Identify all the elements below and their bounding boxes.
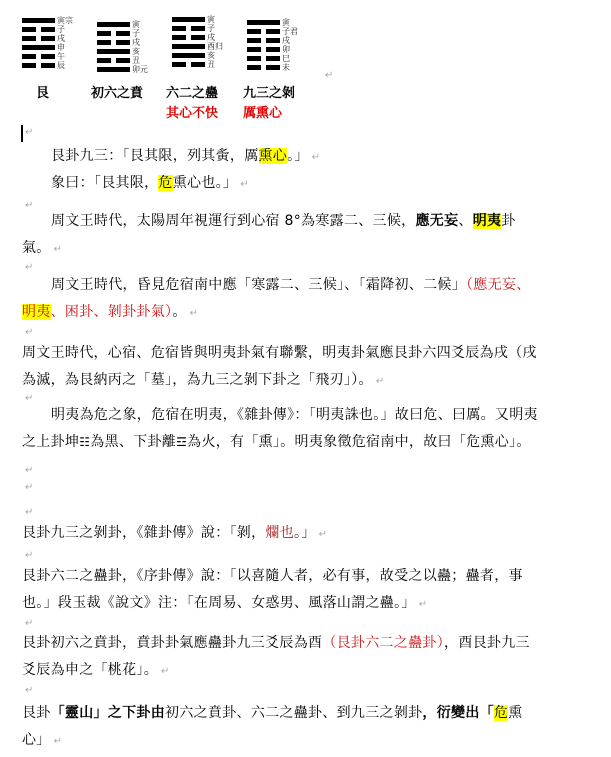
yin-line xyxy=(247,56,280,61)
paragraph-xiang[interactable]: 象曰：「艮其限，危熏心也。」↵ xyxy=(22,170,542,198)
paragraph-mark: ↵ xyxy=(25,482,33,493)
paragraph-zhou-2[interactable]: 周文王時代，昏見危宿南中應「寒露二、三候」、「霜降初、二候」（應无妄、明夷、困卦… xyxy=(22,272,542,327)
yin-line xyxy=(247,65,280,70)
branch-label: 子君 xyxy=(282,28,298,36)
hexagram-note: 厲熏心 xyxy=(243,102,282,121)
branch-label: 戌 xyxy=(207,34,215,42)
yang-line xyxy=(97,49,130,54)
yang-line xyxy=(22,45,55,50)
paragraph-zhou-3[interactable]: 周文王時代，心宿、危宿皆與明夷卦氣有聯繫，明夷卦氣應艮卦六四爻辰為戌（戌為滅，為… xyxy=(22,340,542,395)
red-text: （應无妄、 xyxy=(466,277,531,293)
branch-label: 戌 xyxy=(132,39,140,47)
yin-line xyxy=(172,26,205,31)
hexagram-name: 九三之剝 xyxy=(243,82,295,101)
branch-label: 未 xyxy=(282,64,290,72)
yang-line xyxy=(172,17,205,22)
highlighted-red-text: 明夷 xyxy=(22,304,51,320)
paragraph-mark: ↵ xyxy=(25,550,33,561)
hexagram-name: 初六之賁 xyxy=(91,82,143,101)
hexagram-note: 其心不快 xyxy=(166,102,218,121)
paragraph-mark: ↵ xyxy=(240,179,249,190)
text-run: 。」 xyxy=(287,148,309,164)
paragraph-lingshan[interactable]: 艮卦「靈山」之下卦由初六之賁卦、六二之蠱卦、到九三之剝卦，衍變出「危熏心」↵ xyxy=(22,700,542,755)
branch-label: 子 xyxy=(57,26,65,34)
li-trigram-icon: ☲ xyxy=(176,435,187,449)
text-run: 為黑、下卦離 xyxy=(90,434,176,450)
paragraph-gen-93[interactable]: 艮卦九三：「艮其限，列其夤，厲熏心。」↵ xyxy=(22,143,542,171)
bold-text: 應无妄 xyxy=(415,213,458,229)
branch-label: 卯 xyxy=(282,46,290,54)
paragraph-mark: ↵ xyxy=(419,599,428,610)
text-cursor xyxy=(21,125,23,142)
bold-text: ，衍變出「 xyxy=(422,705,494,721)
branch-label: 子 xyxy=(207,25,215,33)
branch-label: 寅 xyxy=(207,16,215,24)
paragraph-mark: ↵ xyxy=(25,685,33,696)
branch-label: 戌 xyxy=(57,35,65,43)
paragraph-mark: ↵ xyxy=(25,618,33,629)
yin-line xyxy=(22,36,55,41)
yang-line xyxy=(97,67,130,72)
text-run: 周文王時代，心宿、危宿皆與明夷卦氣有聯繫，明夷卦氣應艮卦六四爻辰為戌（戌為滅，為… xyxy=(22,345,537,388)
yin-line xyxy=(97,58,130,63)
text-run: 艮卦初六之賁卦，賁卦卦氣應蠱卦九三爻辰為酉 xyxy=(22,635,322,651)
branch-label: 卯元 xyxy=(132,66,148,74)
paragraph-gu[interactable]: 艮卦六二之蠱卦，《序卦傳》說：「以喜隨人者，必有事，故受之以蠱；蠱者，事也。」段… xyxy=(22,563,542,618)
yin-line xyxy=(22,54,55,59)
paragraph-mark: ↵ xyxy=(25,327,33,338)
branch-label: 寅宗 xyxy=(57,17,73,25)
highlighted-bold-text: 明夷 xyxy=(473,213,502,229)
red-text: （艮卦六二之蠱卦） xyxy=(322,635,444,651)
paragraph-mark: ↵ xyxy=(190,308,199,319)
red-text: 爛也 xyxy=(265,525,294,541)
yin-line xyxy=(97,40,130,45)
branch-label: 酉归 xyxy=(207,43,223,51)
text-run: 周文王時代，昏見危宿南中應「寒露二、三候」、「霜降初、二候」 xyxy=(51,277,466,293)
branch-label: 午 xyxy=(57,53,65,61)
paragraph-zhou-1[interactable]: 周文王時代，太陽周年視運行到心宿 8°為寒露二、三候，應无妄、明夷卦氣。↵ xyxy=(22,208,542,263)
text-run: 熏心也。」 xyxy=(173,175,238,191)
yin-line xyxy=(247,47,280,52)
paragraph-mark: ↵ xyxy=(376,376,385,387)
branch-label: 巳 xyxy=(282,55,290,63)
text-run: 艮卦 xyxy=(22,705,51,721)
highlighted-text: 危 xyxy=(158,175,172,191)
yang-line xyxy=(172,53,205,58)
highlighted-text: 熏心 xyxy=(259,148,288,164)
text-run: 周文王時代，太陽周年視運行到心宿 8°為寒露二、三候， xyxy=(51,213,415,229)
branch-label: 戌 xyxy=(282,37,290,45)
branch-label: 亥 xyxy=(132,48,140,56)
text-run: 艮卦九三：「艮其限，列其夤，厲 xyxy=(51,148,259,164)
kun-trigram-icon: ☷ xyxy=(79,435,90,449)
branch-label: 寅 xyxy=(132,21,140,29)
highlighted-text: 危 xyxy=(494,705,508,721)
paragraph-mark: ↵ xyxy=(25,465,34,476)
yin-line xyxy=(97,31,130,36)
branch-label: 丑 xyxy=(132,57,140,65)
paragraph-mark: ↵ xyxy=(319,529,328,540)
yang-line xyxy=(247,20,280,25)
text-run: 為火，有「熏」。明夷象徵危宿南中，故曰「危熏心」。 xyxy=(187,434,531,450)
yin-line xyxy=(172,62,205,67)
paragraph-bi[interactable]: 艮卦初六之賁卦，賁卦卦氣應蠱卦九三爻辰為酉（艮卦六二之蠱卦），酉艮卦九三爻辰為申… xyxy=(22,630,542,685)
yin-line xyxy=(247,38,280,43)
hexagram-row: 寅宗 子 戌 申 午 辰 艮 寅 子 戌 亥 丑 卯元 初六之賁 xyxy=(22,18,322,118)
paragraph-mark: ↵ xyxy=(325,70,333,81)
paragraph-mingyi[interactable]: 明夷為危之象，危宿在明夷，《雜卦傳》：「明夷誅也。」故曰危、曰厲。又明夷之上卦坤… xyxy=(22,402,542,484)
yin-line xyxy=(22,63,55,68)
text-run: 象曰：「艮其限， xyxy=(51,175,158,191)
branch-label: 亥 xyxy=(207,52,215,60)
text-run: 初六之賁卦、六二之蠱卦、到九三之剝卦 xyxy=(165,705,422,721)
red-text: 、困卦、剝卦卦氣） xyxy=(51,304,173,320)
yang-line xyxy=(172,44,205,49)
yin-line xyxy=(22,27,55,32)
paragraph-mark: ↵ xyxy=(161,666,170,677)
yin-line xyxy=(247,29,280,34)
text-run: 、 xyxy=(458,213,472,229)
yang-line xyxy=(97,22,130,27)
paragraph-mark: ↵ xyxy=(312,152,321,163)
paragraph-mark: ↵ xyxy=(25,127,33,138)
text-run: 艮卦六二之蠱卦，《序卦傳》說：「以喜隨人者，必有事，故受之以蠱；蠱者，事也。」段… xyxy=(22,568,523,611)
paragraph-mark: ↵ xyxy=(54,736,63,747)
branch-label: 申 xyxy=(57,44,65,52)
text-run: 艮卦九三之剝卦，《雜卦傳》說：「剝， xyxy=(22,525,265,541)
paragraph-mark: ↵ xyxy=(25,507,33,518)
branch-label: 丑 xyxy=(207,61,215,69)
text-run: 。」 xyxy=(294,525,316,541)
branch-label: 寅 xyxy=(282,19,290,27)
bold-text: 「靈山」之下卦由 xyxy=(51,705,165,721)
yin-line xyxy=(172,35,205,40)
hexagram-name: 六二之蠱 xyxy=(166,82,218,101)
yang-line xyxy=(22,18,55,23)
branch-label: 辰 xyxy=(57,62,65,70)
paragraph-bo[interactable]: 艮卦九三之剝卦，《雜卦傳》說：「剝，爛也。」↵ xyxy=(22,520,542,548)
text-run: 。 xyxy=(172,304,186,320)
branch-label: 子 xyxy=(132,30,140,38)
paragraph-mark: ↵ xyxy=(54,244,63,255)
document-page: 寅宗 子 戌 申 午 辰 艮 寅 子 戌 亥 丑 卯元 初六之賁 xyxy=(0,0,611,757)
hexagram-name: 艮 xyxy=(36,82,49,101)
